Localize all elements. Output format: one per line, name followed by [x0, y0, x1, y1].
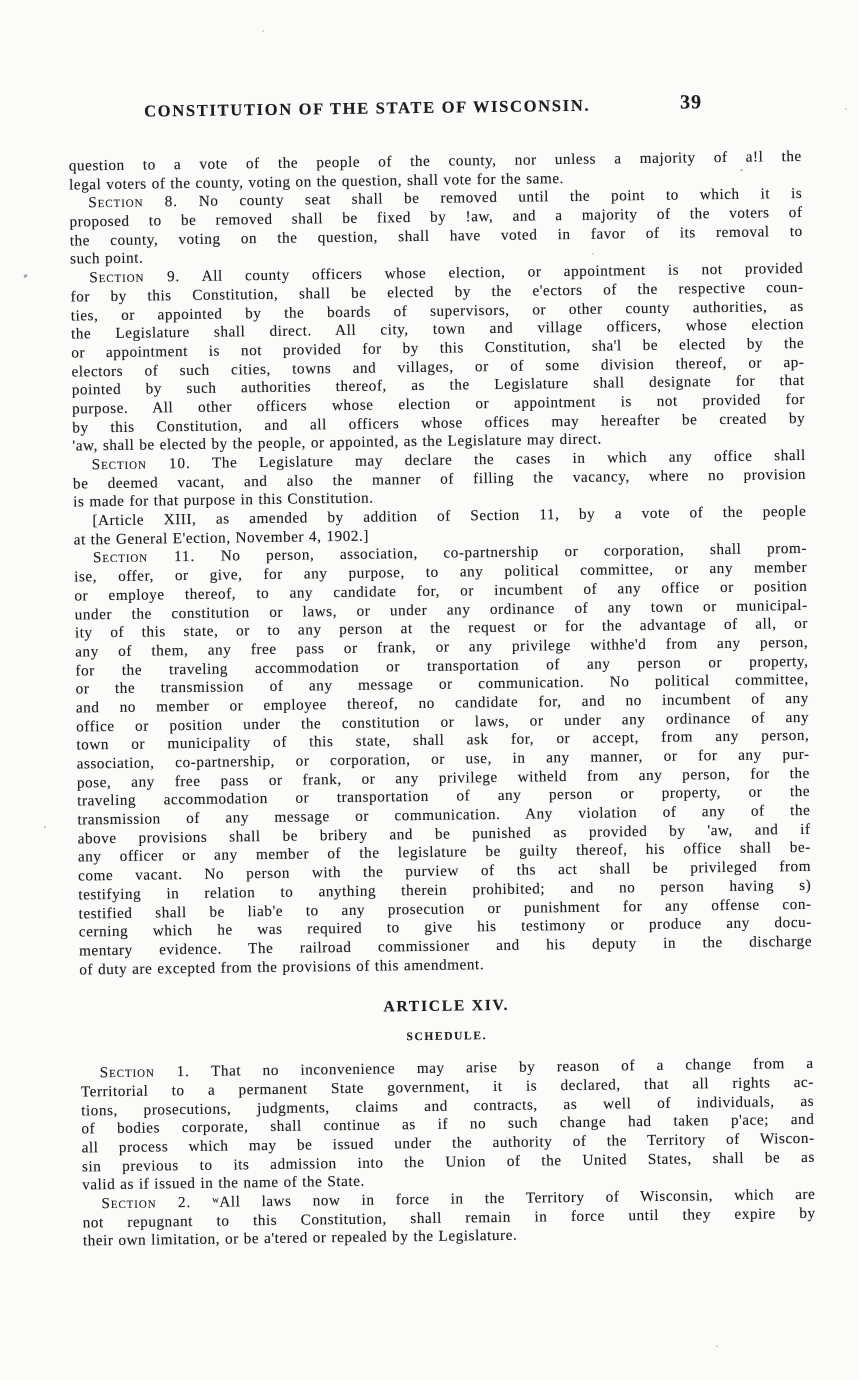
section-label: Section 9. — [89, 268, 180, 286]
running-header: CONSTITUTION OF THE STATE OF WISCONSIN. … — [68, 93, 801, 127]
scan-speck — [44, 826, 46, 828]
page-title: CONSTITUTION OF THE STATE OF WISCONSIN. — [144, 96, 590, 122]
scan-speck — [262, 30, 264, 32]
scan-speck — [737, 231, 739, 234]
section-label: Section 8. — [88, 193, 178, 211]
scanned-document-page: CONSTITUTION OF THE STATE OF WISCONSIN. … — [0, 0, 859, 1380]
scan-speck — [592, 253, 594, 255]
scan-speck — [23, 274, 28, 279]
section-label: Section 2. — [101, 1194, 191, 1212]
page-content: CONSTITUTION OF THE STATE OF WISCONSIN. … — [68, 93, 816, 1252]
body-text-article-14: Section 1. That no inconvenience may ari… — [81, 1055, 816, 1251]
section-label: Section 10. — [92, 455, 191, 473]
section-label: Section 11. — [93, 548, 195, 566]
scan-speck — [506, 1136, 508, 1138]
scan-speck — [516, 182, 518, 184]
scan-speck — [740, 169, 743, 171]
scan-speck — [716, 1345, 718, 1347]
article-heading: ARTICLE XIV. — [80, 993, 813, 1021]
body-text-article-13: question to a vote of the people of the … — [69, 148, 813, 980]
section-label: Section 1. — [100, 1063, 190, 1081]
scan-speck — [845, 108, 847, 110]
schedule-subheading: SCHEDULE. — [80, 1026, 813, 1048]
page-number: 39 — [680, 91, 702, 114]
